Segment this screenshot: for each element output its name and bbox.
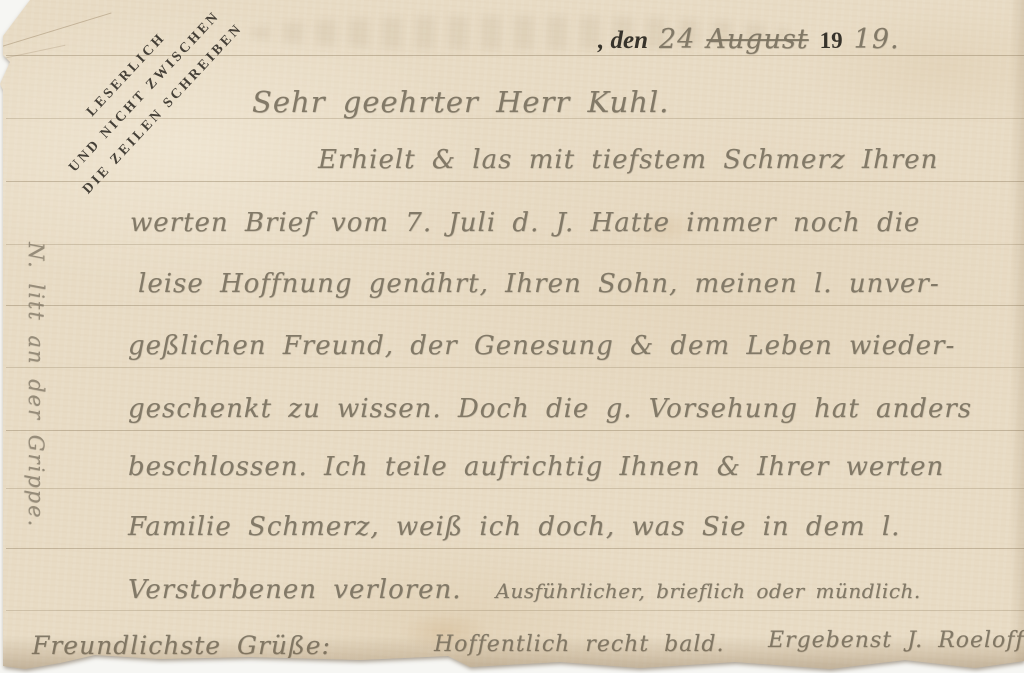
- margin-note-vertical: N. litt an der Grippe.: [25, 242, 46, 528]
- body-line: geschenkt zu wissen. Doch die g. Vorsehu…: [128, 396, 972, 422]
- body-last-line-addendum: Ausführlicher, brieflich oder mündlich.: [496, 579, 921, 603]
- scanned-postcard: LESERLICH UND NICHT ZWISCHEN DIE ZEILEN …: [0, 0, 1024, 673]
- dateline: , den 24 August 19 19.: [598, 24, 900, 55]
- dateline-day: 24: [659, 24, 695, 55]
- body-line: geßlichen Freund, der Genesung & dem Leb…: [128, 333, 955, 359]
- postcard-paper: LESERLICH UND NICHT ZWISCHEN DIE ZEILEN …: [0, 0, 1024, 673]
- paper-crease: [0, 45, 65, 61]
- body-last-line: Verstorbenen verloren.Ausführlicher, bri…: [128, 577, 921, 603]
- rule-line: [6, 430, 1024, 431]
- body-line: Familie Schmerz, weiß ich doch, was Sie …: [128, 514, 900, 540]
- salutation: Sehr geehrter Herr Kuhl.: [252, 88, 669, 117]
- rule-line: [6, 488, 1024, 489]
- rule-line: [6, 610, 1024, 611]
- dateline-printed-19: 19: [820, 28, 843, 54]
- rule-line: [6, 367, 1024, 368]
- body-last-line-main: Verstorbenen verloren.: [128, 575, 462, 605]
- rule-line: [6, 305, 1024, 306]
- postcard-shadow: LESERLICH UND NICHT ZWISCHEN DIE ZEILEN …: [0, 0, 1024, 673]
- instruction-stamp: LESERLICH UND NICHT ZWISCHEN DIE ZEILEN …: [40, 0, 250, 201]
- body-line: beschlossen. Ich teile aufrichtig Ihnen …: [128, 454, 944, 480]
- dateline-printed-den: , den: [598, 27, 648, 55]
- body-line: werten Brief vom 7. Juli d. J. Hatte imm…: [130, 210, 920, 236]
- rule-line: [6, 548, 1024, 549]
- body-line: Erhielt & las mit tiefstem Schmerz Ihren: [318, 147, 938, 173]
- dateline-month-struck: August: [706, 24, 808, 55]
- paper-crease: [0, 12, 112, 48]
- dateline-year-written: 19.: [854, 24, 900, 55]
- rule-line: [6, 181, 1024, 182]
- edge-shading: [1010, 0, 1024, 673]
- body-line: leise Hoffnung genährt, Ihren Sohn, mein…: [138, 271, 940, 297]
- edge-shading: [0, 636, 1024, 673]
- rule-line: [6, 244, 1024, 245]
- stamp-line: UND NICHT ZWISCHEN: [58, 0, 231, 183]
